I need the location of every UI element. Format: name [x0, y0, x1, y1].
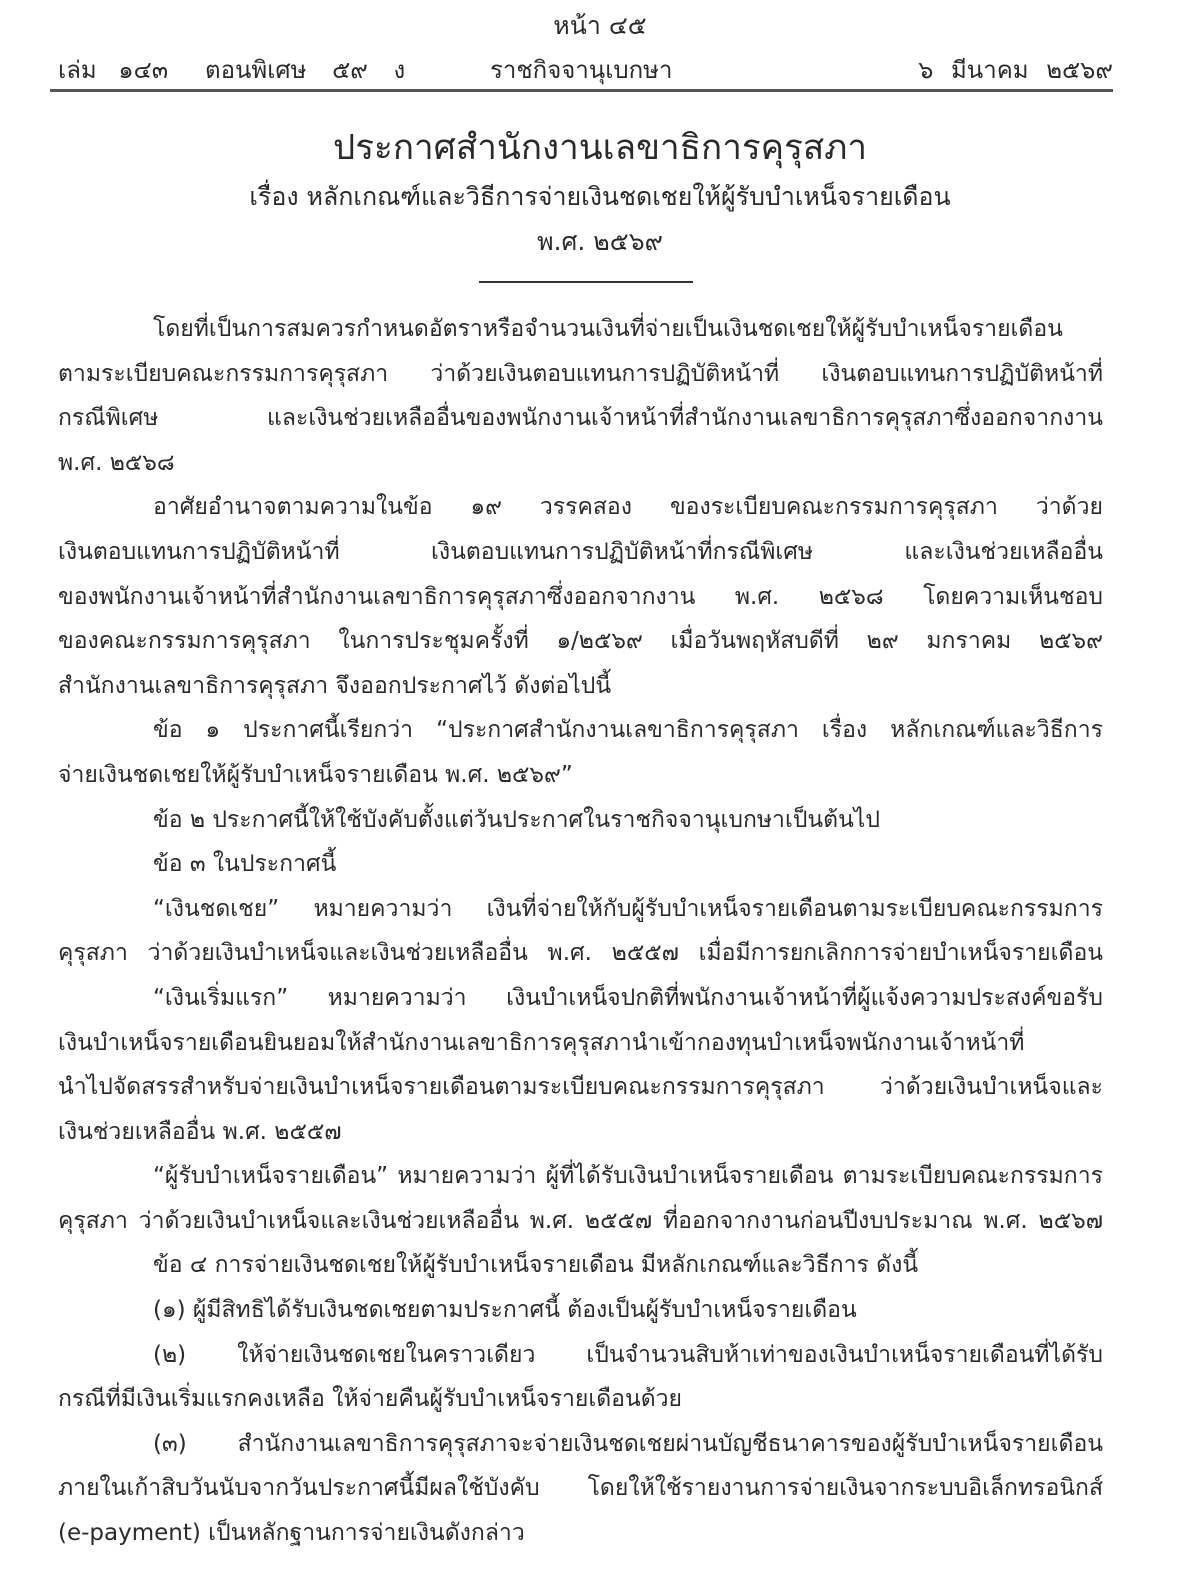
- announcement-subject: เรื่อง หลักเกณฑ์และวิธีการจ่ายเงินชดเชยใ…: [0, 177, 1200, 217]
- body-line: (๓) สำนักงานเลขาธิการคุรุสภาจะจ่ายเงินชด…: [58, 1422, 1103, 1467]
- body-line: ของพนักงานเจ้าหน้าที่สำนักงานเลขาธิการคุ…: [58, 575, 1103, 620]
- header-divider: [50, 89, 1113, 92]
- body-line: อาศัยอำนาจตามความในข้อ ๑๙ วรรคสอง ของระเ…: [58, 485, 1103, 530]
- document-body: โดยที่เป็นการสมควรกำหนดอัตราหรือจำนวนเงิ…: [58, 307, 1103, 1556]
- body-line: ข้อ ๒ ประกาศนี้ให้ใช้บังคับตั้งแต่วันประ…: [58, 798, 1103, 843]
- body-line: “ผู้รับบำเหน็จรายเดือน” หมายความว่า ผู้ท…: [58, 1154, 1103, 1199]
- body-line: ข้อ ๑ ประกาศนี้เรียกว่า “ประกาศสำนักงานเ…: [58, 708, 1103, 753]
- body-line: (๒) ให้จ่ายเงินชดเชยในคราวเดียว เป็นจำนว…: [58, 1333, 1103, 1378]
- body-line: คุรุสภา ว่าด้วยเงินบำเหน็จและเงินช่วยเหล…: [58, 1199, 1103, 1244]
- body-line: (๑) ผู้มีสิทธิได้รับเงินชดเชยตามประกาศนี…: [58, 1288, 1103, 1333]
- body-line: นำไปจัดสรรสำหรับจ่ายเงินบำเหน็จรายเดือนต…: [58, 1065, 1103, 1110]
- announcement-year: พ.ศ. ๒๕๖๙: [0, 222, 1200, 262]
- body-line: จ่ายเงินชดเชยให้ผู้รับบำเหน็จรายเดือน พ.…: [58, 753, 1103, 798]
- gazette-date: ๖ มีนาคม ๒๕๖๙: [918, 50, 1113, 90]
- body-line: “เงินเริ่มแรก” หมายความว่า เงินบำเหน็จปก…: [58, 976, 1103, 1021]
- body-line: ของคณะกรรมการคุรุสภา ในการประชุมครั้งที่…: [58, 619, 1103, 664]
- body-line: กรณีพิเศษ และเงินช่วยเหลืออื่นของพนักงาน…: [58, 396, 1103, 441]
- page-number: หน้า ๔๕: [0, 6, 1200, 46]
- title-divider: [479, 281, 693, 283]
- announcement-title: ประกาศสำนักงานเลขาธิการคุรุสภา: [0, 124, 1200, 172]
- body-line: ข้อ ๓ ในประกาศนี้: [58, 842, 1103, 887]
- body-line: พ.ศ. ๒๕๖๘: [58, 441, 1103, 486]
- body-line: ตามระเบียบคณะกรรมการคุรุสภา ว่าด้วยเงินต…: [58, 352, 1103, 397]
- body-line: เงินบำเหน็จรายเดือนยินยอมให้สำนักงานเลขา…: [58, 1021, 1103, 1066]
- body-line: กรณีที่มีเงินเริ่มแรกคงเหลือ ให้จ่ายคืนผ…: [58, 1377, 1103, 1422]
- body-line: ข้อ ๔ การจ่ายเงินชดเชยให้ผู้รับบำเหน็จรา…: [58, 1243, 1103, 1288]
- gazette-issue: ตอนพิเศษ ๕๙ ง: [205, 50, 405, 90]
- body-line: คุรุสภา ว่าด้วยเงินบำเหน็จและเงินช่วยเหล…: [58, 931, 1103, 976]
- gazette-volume: เล่ม ๑๔๓: [58, 50, 168, 90]
- gazette-publication: ราชกิจจานุเบกษา: [490, 50, 672, 90]
- body-line: (e-payment) เป็นหลักฐานการจ่ายเงินดังกล่…: [58, 1511, 1103, 1556]
- body-line: โดยที่เป็นการสมควรกำหนดอัตราหรือจำนวนเงิ…: [58, 307, 1103, 352]
- body-line: ภายในเก้าสิบวันนับจากวันประกาศนี้มีผลใช้…: [58, 1466, 1103, 1511]
- body-line: สำนักงานเลขาธิการคุรุสภา จึงออกประกาศไว้…: [58, 664, 1103, 709]
- body-line: เงินช่วยเหลืออื่น พ.ศ. ๒๕๕๗: [58, 1110, 1103, 1155]
- body-line: “เงินชดเชย” หมายความว่า เงินที่จ่ายให้กั…: [58, 887, 1103, 932]
- body-line: เงินตอบแทนการปฏิบัติหน้าที่ เงินตอบแทนกา…: [58, 530, 1103, 575]
- gazette-header: เล่ม ๑๔๓ ตอนพิเศษ ๕๙ ง ราชกิจจานุเบกษา ๖…: [58, 50, 1113, 90]
